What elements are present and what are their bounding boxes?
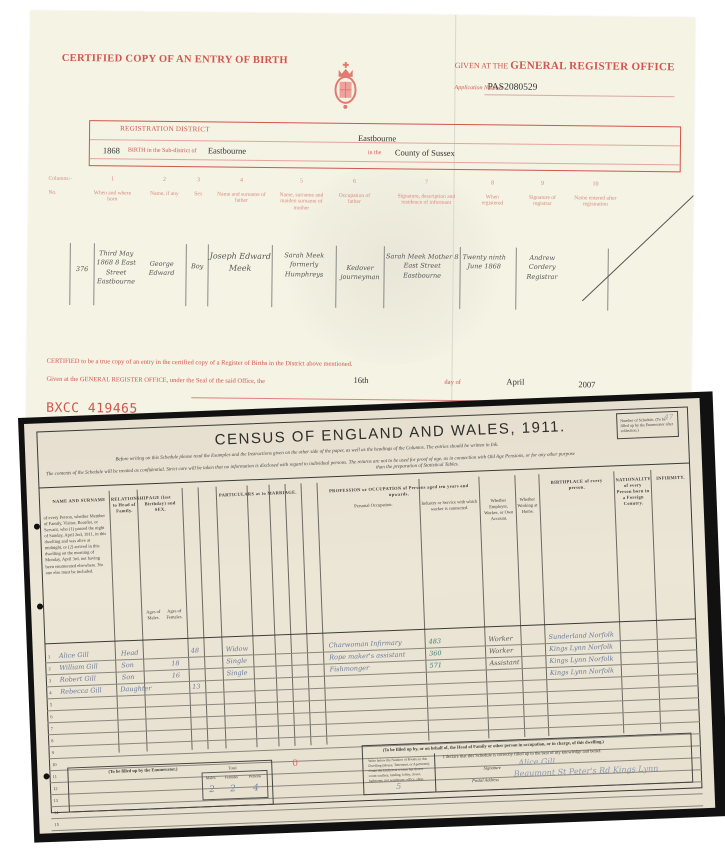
rooms-label: Write below the Number of Rooms in this … [368,757,430,783]
col-label: Sex [194,191,202,197]
row-number: 11 [52,774,57,779]
female-age: 13 [192,682,201,690]
col-num: 9 [523,181,561,189]
certified-statement: CERTIFIED to be a true copy of an entry … [47,358,353,368]
entry-registrar: Andrew Cordery Registrar [515,248,568,311]
row-number: 5 [50,702,52,707]
entry-mother: Sarah Meek formerly Humphreys [271,245,336,308]
birth-year: 1868 [103,145,120,155]
header-industry: Industry or Service with which worker is… [421,499,477,513]
female-age: 48 [191,646,200,654]
header-infirmity: INFIRMITY. [652,475,688,482]
relationship: Head [121,649,139,658]
entry-name-after [607,249,609,311]
col-label: Name entered after registration [574,195,616,208]
birth-certificate: CERTIFIED COPY OF AN ENTRY OF BIRTH GIVE… [26,11,696,458]
col-label: Name, surname and maiden surname of moth… [279,192,323,212]
header-name-desc: of every Person, whether Member of Famil… [44,513,110,576]
county: County of Sussex [395,147,455,158]
columns-label-text: Columns:- [49,176,72,182]
marital-status: Widow [226,645,249,654]
entry-name: George Edward [137,244,186,306]
census-table: NAME AND SURNAME of every Person, whethe… [39,468,701,755]
birthplace: Sunderland Norfolk [548,631,614,642]
col-5: 5Name, surname and maiden surname of mot… [273,178,329,213]
col-label: When and where born [94,190,131,203]
marital-status: Single [227,669,248,678]
person-name: Rebecca Gill [60,686,102,696]
col-6: 6Occupation of father [333,179,375,207]
cert-day: 16th [353,375,368,385]
entry-sex: Boy [185,244,208,306]
total-males: 2 [209,785,215,795]
row-number: 12 [53,786,58,791]
persons-label: Persons [249,773,262,778]
col-label: Name and surname of father [217,191,265,204]
birthplace: Kings Lynn Norfolk [550,667,614,677]
col-4: 4Name and surname of father [212,177,270,205]
col-num: 6 [333,179,375,187]
col-label: Name, if any [150,190,179,196]
total-persons: 4 [253,783,259,793]
registration-district-label: REGISTRATION DISTRICT [120,124,210,133]
employer-status: Worker [488,634,512,643]
in-the-label: in the [368,150,382,156]
application-number: PAS2080529 [487,82,537,93]
registration-district: Eastbourne [358,133,396,143]
male-age: 18 [171,659,180,667]
row-number: 14 [54,810,59,815]
col-num: 10 [570,181,620,189]
col-num: 7 [388,179,464,187]
enumerator-box-title: (To be filled up by the Enumerator.) [108,766,177,774]
row-number: 1 [48,654,50,659]
royal-crest-icon [333,62,358,112]
males-label: Males [206,775,216,780]
cert-year: 2007 [578,379,595,389]
totals-box: Total Males Females Persons 2 2 4 [202,770,269,801]
col-1: 1When and where born [92,176,132,204]
certificate-title: CERTIFIED COPY OF AN ENTRY OF BIRTH [62,53,288,66]
person-name: William Gill [59,662,98,671]
header-birthplace: BIRTHPLACE of every person. [544,478,610,493]
col-num: 2 [145,177,185,185]
entry-when-registered: Twenty ninth June 1868 [459,247,508,309]
row-number: 8 [51,738,53,743]
person-name: Robert Gill [60,674,96,683]
col-7: 7Signature, description and residence of… [388,179,464,207]
header-relationship: RELATIONSHIP to Head of Family. [111,496,138,515]
col-num: 8 [476,180,508,188]
employer-status: Worker [489,646,513,655]
entry-no: 376 [69,243,94,305]
enumerator-box: (To be filled up by the Enumerator.) Tot… [67,760,274,813]
col-10: 10Name entered after registration [570,181,620,209]
postal-address-label: Postal Address [472,777,499,783]
occupation: Charwoman Infirmary [329,639,402,650]
industry-code: 483 [428,637,441,645]
signature: Alice Gill [518,757,555,767]
header-nationality: NATIONALITY of every Person born in a Fo… [615,476,650,508]
row-number: 9 [52,750,54,755]
pencil-mark: 0 [292,759,298,769]
sub-district: Eastbourne [208,145,246,155]
birthplace: Kings Lynn Norfolk [549,655,613,665]
entry-father: Joseph Edward Meek [207,244,272,307]
total-females: 2 [230,784,236,794]
col-3: 3Sex [190,177,206,198]
cert-month: April [506,377,524,387]
col-label: Occupation of father [339,192,370,205]
col-label: When registered [481,194,503,207]
total-label: Total [228,765,236,770]
row-number: 10 [52,762,57,767]
females-label: Females [225,774,239,780]
birthplace: Kings Lynn Norfolk [549,643,613,653]
col-label: Signature of registrar [529,194,556,207]
col-num: 1 [93,176,133,184]
column-headers: Columns:-No. 1When and where born 2Name,… [48,176,678,233]
header-name: NAME AND SURNAME [49,497,109,505]
birth-entry-row: 376 Third May 1868 8 East Street Eastbou… [47,243,648,315]
employer-status: Assistant [489,658,519,667]
given-at-prefix: GIVEN AT THE [455,61,509,71]
col-8: 8When registered [476,180,508,208]
row-number: 15 [54,822,59,827]
entry-occupation: Kedover journeyman [335,246,384,308]
census-schedule: CENSUS OF ENGLAND AND WALES, 1911. Befor… [24,398,715,834]
header-age: AGE (last Birthday) and SEX. [139,494,182,514]
industry-code: 360 [429,649,442,657]
header-ages-females: Ages of Females. [164,608,184,621]
row-number: 7 [51,726,53,731]
col-9: 9Signature of registrar [523,181,561,209]
entry-informant: Sarah Meek Mother 8 East Street Eastbour… [383,246,460,309]
header-working-home: Whether Working at Home. [516,496,539,515]
schedule-number: 47 [664,413,673,422]
header-profession: PROFESSION or OCCUPATION of Persons aged… [329,483,469,500]
divider [484,94,674,97]
general-register-office: GENERAL REGISTER OFFICE [510,60,675,74]
person-name: Alice Gill [59,651,89,660]
row-number: 2 [48,666,50,671]
relationship: Daughter [120,684,151,693]
schedule-number-box: Number of Schedule. (To be filled up by … [616,411,679,439]
sub-district-label: BIRTH in the Sub-district of [128,148,197,155]
row-number: 3 [49,678,51,683]
header-ages-males: Ages of Males. [143,609,163,622]
enumerator-fine-print [75,776,195,781]
given-at-office: GIVEN AT THE GENERAL REGISTER OFFICE [455,59,675,73]
row-number: 13 [53,798,58,803]
occupation: Rope maker's assistant [329,651,406,662]
columns-label: Columns:-No. [48,176,88,197]
row-number: 6 [50,714,52,719]
signature-label: Signature [483,765,501,771]
header-personal-occupation: Personal Occupation. [329,501,417,510]
male-age: 16 [172,671,181,679]
rooms-count: 5 [396,781,402,792]
industry-code: 571 [429,661,442,669]
header-employer: Whether Employer, Worker, or Own Account… [481,497,516,523]
col-num: 4 [213,177,271,185]
row-number: 4 [49,690,51,695]
given-statement: Given at the GENERAL REGISTER OFFICE, un… [46,376,265,385]
col-num: 3 [191,177,207,185]
occupation: Fishmonger [329,664,369,674]
col-2: 2Name, if any [144,177,184,198]
col-no: No. [48,189,56,195]
col-num: 5 [274,178,330,186]
day-of-label: day of [444,379,461,386]
registration-box: REGISTRATION DISTRICT Eastbourne 1868 BI… [89,120,681,172]
entry-when-where: Third May 1868 8 East Street Eastbourne [93,243,138,305]
relationship: Son [121,661,134,669]
relationship: Son [122,673,135,681]
rooms-box: Write below the Number of Rooms in this … [365,753,436,794]
marital-status: Single [226,657,247,666]
col-label: Signature, description and residence of … [398,193,456,206]
